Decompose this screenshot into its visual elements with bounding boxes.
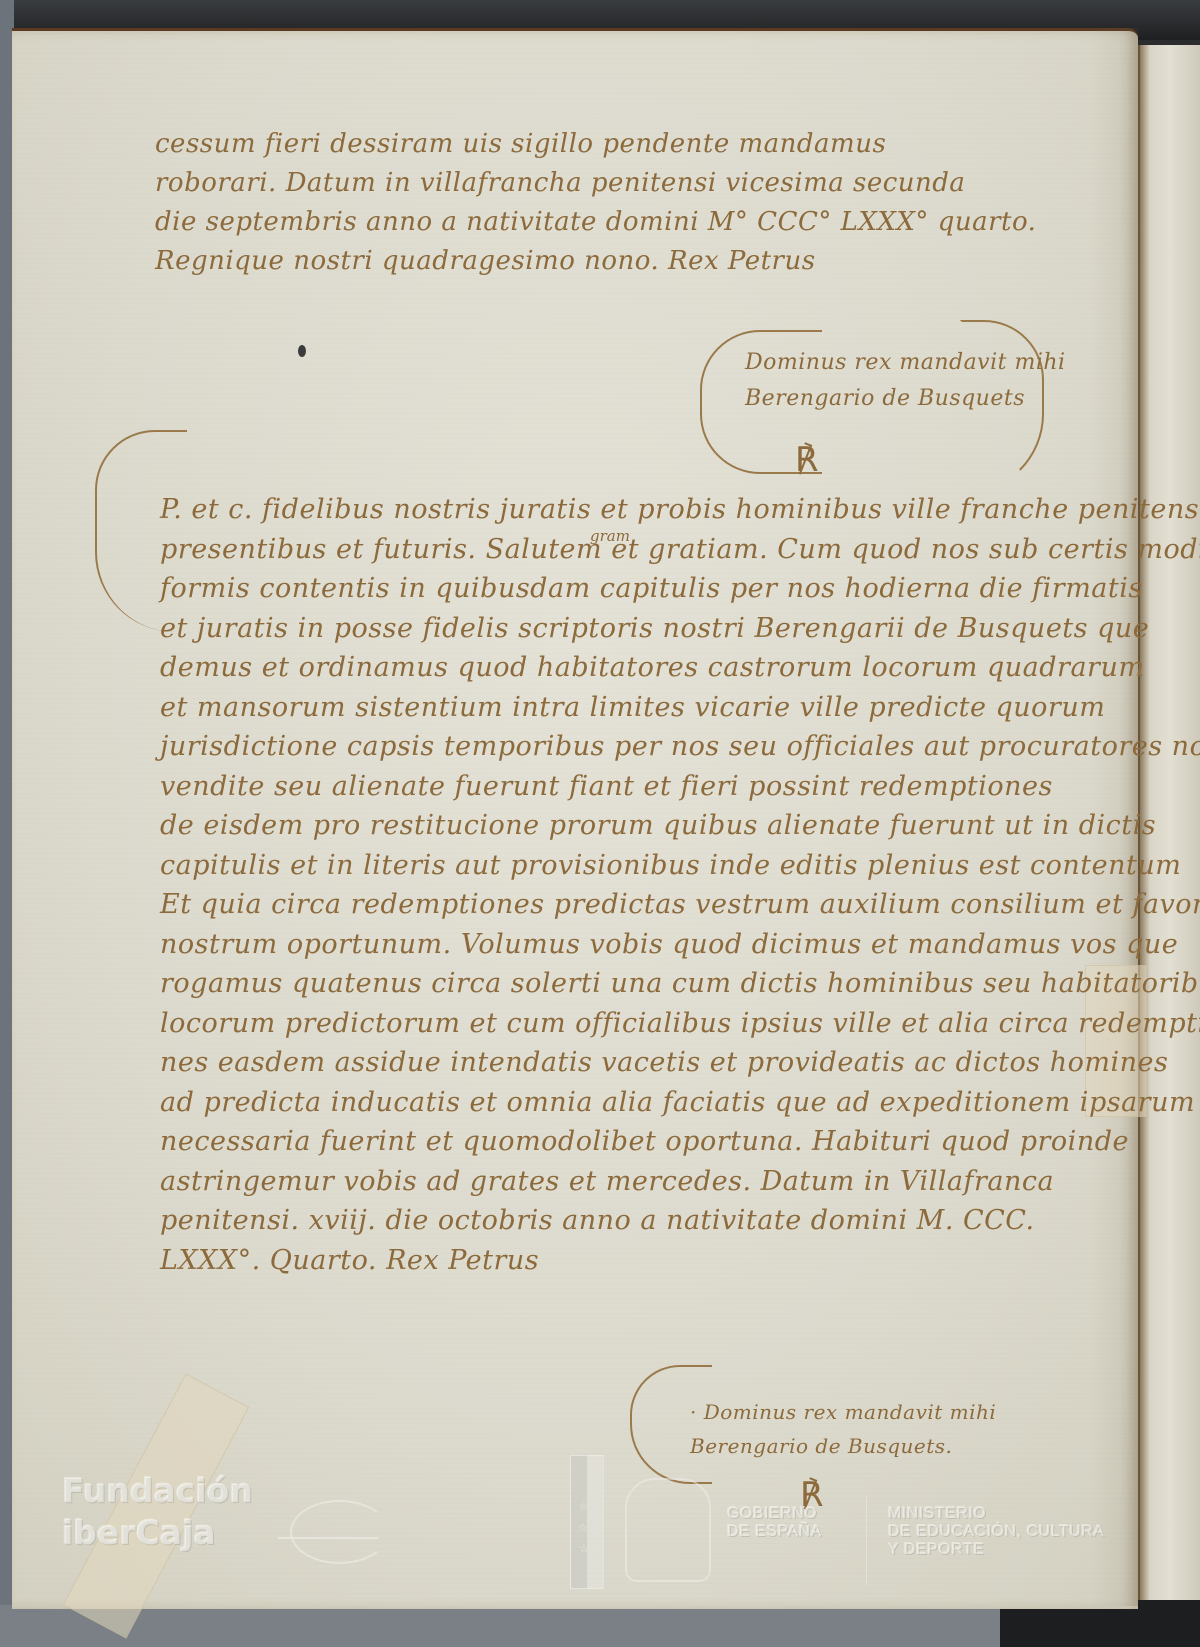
text-block-main-letter: P. et c. fidelibus nostris juratis et pr…	[160, 490, 1200, 1280]
text-line: Regnique nostri quadragesimo nono. Rex P…	[155, 242, 1036, 281]
gov-line2: DE ESPAÑA	[727, 1523, 822, 1541]
star-icon: ☆	[579, 1500, 589, 1513]
text-line: nostrum oportunum. Volumus vobis quod di…	[160, 925, 1200, 965]
star-icon: ☆	[578, 1521, 588, 1534]
rubric-mark-icon: ℟	[795, 440, 818, 480]
text-line: de eisdem pro restitucione prorum quibus…	[160, 806, 1200, 846]
signature-line: Berengario de Busquets	[745, 381, 1066, 417]
star-icon: ☆	[579, 1542, 589, 1555]
text-line: presentibus et futuris. Salutem et grati…	[160, 530, 1200, 570]
scanner-backdrop-bottom	[0, 1605, 1000, 1647]
text-line: necessaria fuerint et quomodolibet oport…	[160, 1122, 1200, 1162]
text-line: nes easdem assidue intendatis vacetis et…	[160, 1043, 1200, 1083]
text-line: et mansorum sistentium intra limites vic…	[160, 688, 1200, 728]
ministry-line2: DE EDUCACIÓN, CULTURA	[888, 1523, 1104, 1541]
ibercaja-line1: Fundación	[62, 1470, 253, 1512]
text-line: capitulis et in literis aut provisionibu…	[160, 846, 1200, 886]
text-line: astringemur vobis ad grates et mercedes.…	[160, 1162, 1200, 1202]
text-line: et juratis in posse fidelis scriptoris n…	[160, 609, 1200, 649]
text-line: locorum predictorum et cum officialibus …	[160, 1004, 1200, 1044]
text-line: cessum fieri dessiram uis sigillo penden…	[155, 125, 1036, 164]
signature-line: Dominus rex mandavit mihi	[745, 345, 1066, 381]
text-line: P. et c. fidelibus nostris juratis et pr…	[160, 490, 1200, 530]
ibercaja-watermark: Fundación iberCaja	[62, 1470, 253, 1554]
watermark-divider	[866, 1495, 867, 1585]
signature-line: Berengario de Busquets.	[690, 1429, 996, 1463]
ministry-line3: Y DEPORTE	[888, 1541, 1104, 1559]
text-line: penitensi. xviij. die octobris anno a na…	[160, 1201, 1200, 1241]
text-line: die septembris anno a nativitate domini …	[155, 203, 1036, 242]
ibercaja-logo-icon	[290, 1500, 389, 1564]
text-line: Et quia circa redemptiones predictas ves…	[160, 885, 1200, 925]
text-line: roborari. Datum in villafrancha penitens…	[155, 164, 1036, 203]
ministry-line1: MINISTERIO	[888, 1505, 1104, 1523]
text-line: ad predicta inducatis et omnia alia faci…	[160, 1083, 1200, 1123]
text-line: demus et ordinamus quod habitatores cast…	[160, 648, 1200, 688]
text-line: rogamus quatenus circa solerti una cum d…	[160, 964, 1200, 1004]
gov-line1: GOBIERNO	[727, 1505, 822, 1523]
signature-block-2: · Dominus rex mandavit mihi Berengario d…	[690, 1395, 996, 1463]
text-line: jurisdictione capsis temporibus per nos …	[160, 727, 1200, 767]
signature-block-1: Dominus rex mandavit mihi Berengario de …	[745, 345, 1066, 417]
ministry-watermark: MINISTERIO DE EDUCACIÓN, CULTURA Y DEPOR…	[888, 1505, 1104, 1559]
ibercaja-line2: iberCaja	[62, 1512, 253, 1554]
signature-line: · Dominus rex mandavit mihi	[690, 1395, 996, 1429]
ink-blot	[298, 345, 306, 357]
text-line: vendite seu alienate fuerunt fiant et fi…	[160, 767, 1200, 807]
text-line: LXXX°. Quarto. Rex Petrus	[160, 1241, 1200, 1281]
text-line: formis contentis in quibusdam capitulis …	[160, 569, 1200, 609]
text-block-closing-1: cessum fieri dessiram uis sigillo penden…	[155, 125, 1036, 281]
ibercaja-logo-stroke-icon	[278, 1537, 378, 1539]
government-watermark: GOBIERNO DE ESPAÑA	[727, 1505, 822, 1541]
coat-of-arms-icon	[625, 1478, 711, 1582]
